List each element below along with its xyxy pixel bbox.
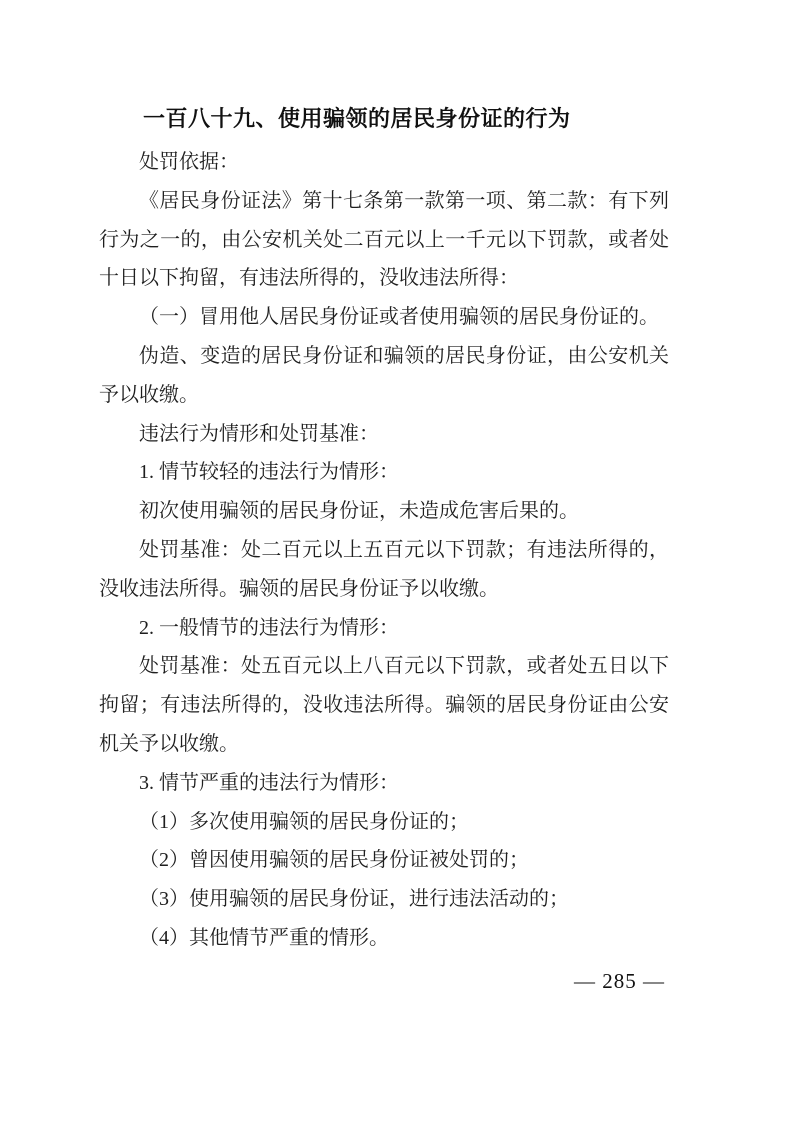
paragraph: 3. 情节严重的违法行为情形：	[99, 764, 669, 803]
paragraph: 《居民身份证法》第十七条第一款第一项、第二款：有下列行为之一的，由公安机关处二百…	[99, 182, 669, 298]
paragraph: 处罚依据：	[99, 143, 669, 182]
paragraph: （4）其他情节严重的情形。	[99, 919, 669, 958]
paragraph: 处罚基准：处二百元以上五百元以下罚款；有违法所得的，没收违法所得。骗领的居民身份…	[99, 531, 669, 609]
paragraph: （3）使用骗领的居民身份证，进行违法活动的；	[99, 880, 669, 919]
paragraph: （1）多次使用骗领的居民身份证的；	[99, 803, 669, 842]
document-body: 处罚依据：《居民身份证法》第十七条第一款第一项、第二款：有下列行为之一的，由公安…	[99, 143, 669, 958]
page-number-label: — 285 —	[574, 969, 665, 993]
paragraph: 处罚基准：处五百元以上八百元以下罚款，或者处五日以下拘留；有违法所得的，没收违法…	[99, 647, 669, 763]
paragraph: 初次使用骗领的居民身份证，未造成危害后果的。	[99, 492, 669, 531]
page-footer: — 285 —	[574, 967, 665, 995]
paragraph: 1. 情节较轻的违法行为情形：	[99, 453, 669, 492]
paragraph: 伪造、变造的居民身份证和骗领的居民身份证，由公安机关予以收缴。	[99, 337, 669, 415]
section-heading: 一百八十九、使用骗领的居民身份证的行为	[99, 104, 669, 134]
paragraph: （一）冒用他人居民身份证或者使用骗领的居民身份证的。	[99, 298, 669, 337]
paragraph: 2. 一般情节的违法行为情形：	[99, 609, 669, 648]
paragraph: 违法行为情形和处罚基准：	[99, 415, 669, 454]
document-content: 一百八十九、使用骗领的居民身份证的行为 处罚依据：《居民身份证法》第十七条第一款…	[99, 104, 669, 958]
document-page: 一百八十九、使用骗领的居民身份证的行为 处罚依据：《居民身份证法》第十七条第一款…	[0, 0, 793, 1122]
paragraph: （2）曾因使用骗领的居民身份证被处罚的；	[99, 841, 669, 880]
